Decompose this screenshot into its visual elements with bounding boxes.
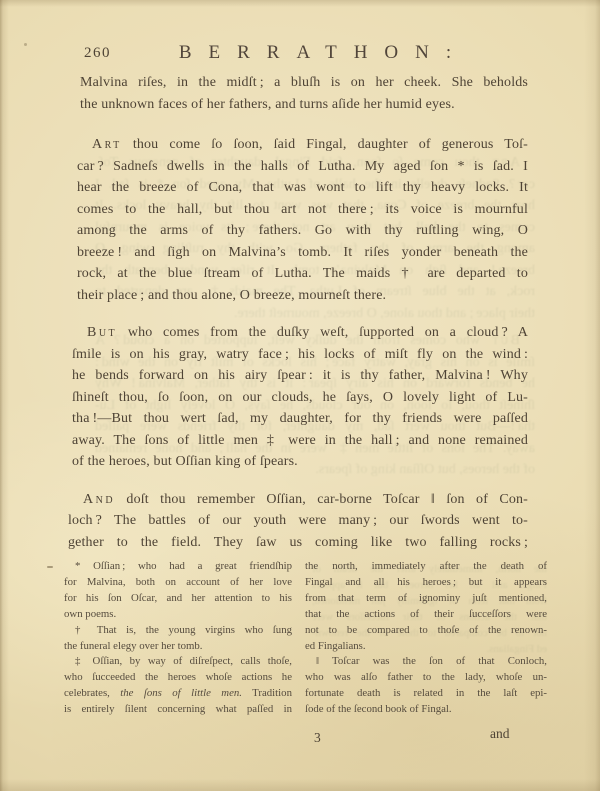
text-line: gether to the field. They ſaw us coming … <box>68 532 528 554</box>
text-line: ‖ Toſcar was the ſon of that Conloch, <box>305 654 547 670</box>
body-paragraph-1: Malvina riſes, in the midſt ; a bluſh is… <box>80 72 528 115</box>
text-line: ed Fingalians. <box>305 639 547 655</box>
footnote-continuation: the north, immediately after the death o… <box>305 559 547 654</box>
body-paragraph-4: And doſt thou remember Oſſian, car-borne… <box>68 489 528 554</box>
footnote-column-left: * Oſſian ; who had a great friendſhipfor… <box>64 559 292 718</box>
footnotes-section: * Oſſian ; who had a great friendſhipfor… <box>64 559 547 718</box>
signature-mark: 3 <box>314 730 321 746</box>
text-line: the north, immediately after the death o… <box>305 559 547 575</box>
body-paragraph-3: But who comes from the duſky weſt, ſuppo… <box>72 322 528 473</box>
body-text: Malvina riſes, in the midſt ; a bluſh is… <box>80 72 528 568</box>
text-line: from that term of ignominy juſt mentione… <box>305 591 547 607</box>
body-paragraph-2: Art thou come ſo ſoon, ſaid Fingal, daug… <box>77 134 528 306</box>
footnote-double-dagger: ‡ Oſſian, by way of diſreſpect, calls th… <box>64 654 292 718</box>
text-line: away. The ſons of little men ‡ were in t… <box>72 430 528 452</box>
ink-speck <box>47 566 53 568</box>
text-line: * Oſſian ; who had a great friendſhip <box>64 559 292 575</box>
small-caps-lead: And <box>83 492 115 507</box>
catchword: and <box>490 726 510 742</box>
text-line: celebrates, the ſons of little men. Trad… <box>64 686 292 702</box>
text-line: fortunate death is related in the laſt e… <box>305 686 547 702</box>
text-line: ‡ Oſſian, by way of diſreſpect, calls th… <box>64 654 292 670</box>
text-line: comes to the hall, but thou art not ther… <box>77 199 528 221</box>
text-line: the unknown faces of her fathers, and tu… <box>80 94 528 116</box>
text-line: car ? Sadneſs dwells in the halls of Lut… <box>77 156 528 178</box>
text-line: Art thou come ſo ſoon, ſaid Fingal, daug… <box>77 134 528 156</box>
text-line: he bends forward on his airy ſpear : it … <box>72 365 528 387</box>
running-title: BERRATHON: <box>100 42 530 64</box>
text-line: not to be compared to thoſe of the renow… <box>305 623 547 639</box>
small-caps-lead: But <box>87 325 117 340</box>
footnote-asterisk: * Oſſian ; who had a great friendſhipfor… <box>64 559 292 623</box>
text-line: loch ? The battles of our youth were man… <box>68 510 528 532</box>
text-line: who ſucceeded the heroes whoſe actions h… <box>64 670 292 686</box>
footnote-parallel-mark: ‖ Toſcar was the ſon of that Conloch,who… <box>305 654 547 718</box>
text-line: their place ; and thou alone, O breeze, … <box>77 285 528 307</box>
text-line: that the actions of their ſucceſſors wer… <box>305 607 547 623</box>
text-line: for Malvina, both on account of her love <box>64 575 292 591</box>
text-line: the funeral elegy over her tomb. <box>64 639 292 655</box>
text-line: † That is, the young virgins who ſung <box>64 623 292 639</box>
text-line: ſode of the ſecond book of Fingal. <box>305 702 547 718</box>
text-line: for his ſon Oſcar, and her attention to … <box>64 591 292 607</box>
text-line: ſhineſt thou, ſo ſoon, on our clouds, he… <box>72 387 528 409</box>
text-line: tha !—But thou wert ſad, my daughter, fo… <box>72 408 528 430</box>
text-line: who was alſo father to the lady, whoſe u… <box>305 670 547 686</box>
text-line: of the heroes, but Oſſian king of ſpears… <box>72 451 528 473</box>
text-line: ſmile is on his gray, watry face ; his l… <box>72 344 528 366</box>
text-line: breeze ! and ſigh on Malvina’s tomb. It … <box>77 242 528 264</box>
text-line: own poems. <box>64 607 292 623</box>
book-page-scan: Art thou come ſo ſoon, ſaid Fingal, daug… <box>0 0 600 791</box>
text-line: Malvina riſes, in the midſt ; a bluſh is… <box>80 72 528 94</box>
footnote-column-right: the north, immediately after the death o… <box>305 559 547 718</box>
footnote-dagger: † That is, the young virgins who ſungthe… <box>64 623 292 655</box>
text-line: hear the breeze of Cona, that was wont t… <box>77 177 528 199</box>
text-line: rock, at the blue ſtream of Lutha. The m… <box>77 263 528 285</box>
text-line: But who comes from the duſky weſt, ſuppo… <box>72 322 528 344</box>
paper-speck <box>24 43 27 46</box>
text-line: Fingal and all his heroes ; but it appea… <box>305 575 547 591</box>
small-caps-lead: Art <box>92 137 122 152</box>
text-line: among the arms of thy fathers. Go with t… <box>77 220 528 242</box>
text-line: is entirely ſilent concerning what paſſe… <box>64 702 292 718</box>
text-line: And doſt thou remember Oſſian, car-borne… <box>68 489 528 511</box>
